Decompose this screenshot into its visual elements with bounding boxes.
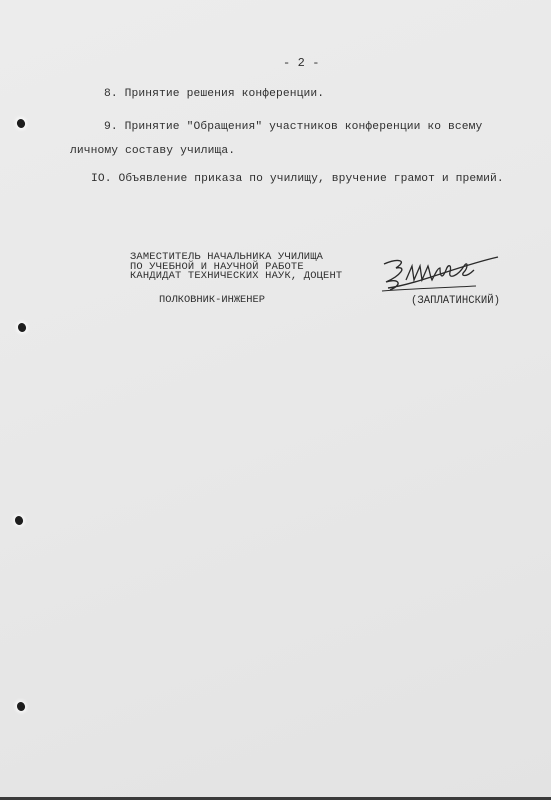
handwritten-signature-icon: [378, 254, 503, 294]
punch-hole: [14, 515, 25, 526]
punch-hole: [16, 118, 27, 129]
agenda-item-10: IO. Объявление приказа по училищу, вруче…: [91, 173, 504, 185]
document-page: - 2 - 8. Принятие решения конференции. 9…: [0, 0, 551, 797]
punch-hole: [17, 322, 28, 333]
signatory-name: (ЗАПЛАТИНСКИЙ): [411, 295, 500, 307]
title-line: КАНДИДАТ ТЕХНИЧЕСКИХ НАУК, ДОЦЕНТ: [130, 272, 342, 282]
item-text: Объявление приказа по училищу, вручение …: [119, 173, 504, 185]
item-number: 8.: [104, 88, 118, 100]
signatory-rank: ПОЛКОВНИК-ИНЖЕНЕР: [159, 294, 265, 306]
signatory-title: ЗАМЕСТИТЕЛЬ НАЧАЛЬНИКА УЧИЛИЩА ПО УЧЕБНО…: [130, 253, 342, 282]
item-text: Принятие решения конференции.: [125, 88, 325, 100]
item-number: 9.: [104, 121, 118, 133]
punch-hole: [16, 701, 27, 712]
item-number: IO.: [91, 173, 112, 185]
agenda-item-9-continuation: личному составу училища.: [70, 145, 235, 157]
page-number: - 2 -: [283, 56, 320, 70]
agenda-item-8: 8. Принятие решения конференции.: [104, 88, 324, 100]
item-text: Принятие "Обращения" участников конферен…: [125, 121, 483, 133]
agenda-item-9: 9. Принятие "Обращения" участников конфе…: [104, 121, 482, 133]
